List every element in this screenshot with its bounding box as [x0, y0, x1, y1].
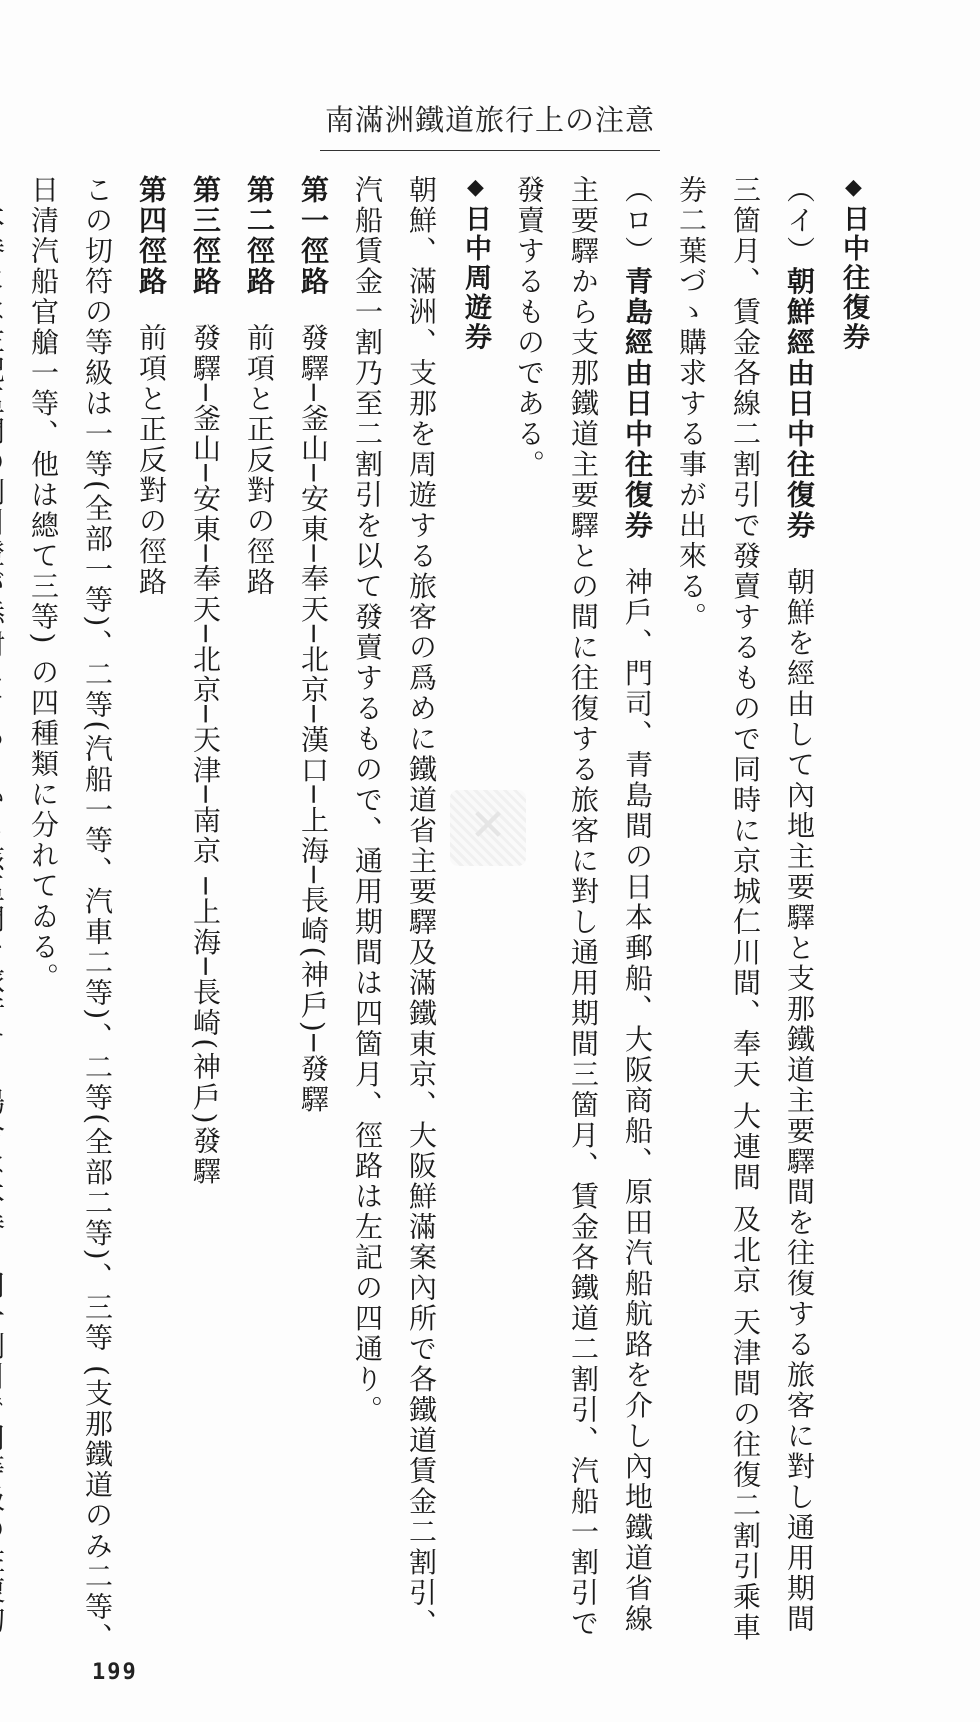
- route-path: 發驛─釜山─安東─奉天─北京─天津─南京 ─上海─長崎(神戶)發驛: [189, 323, 222, 1187]
- header-rule: [320, 150, 660, 151]
- route-label: 第一徑路: [297, 175, 330, 297]
- item-ro-label: （ロ）: [621, 175, 654, 267]
- route-label: 第四徑路: [135, 175, 168, 297]
- item-ro-title: 青島經由日中往復券: [621, 267, 654, 542]
- discount-note-text: 本券には左記區間の割引證が添附してあるから該區間を旅行する場合は本券と同一割引で…: [0, 203, 6, 1637]
- section-heading-text: 日中周遊券: [460, 205, 491, 353]
- diamond-bullet-icon: ◆: [448, 175, 502, 203]
- diamond-bullet-icon: ◆: [826, 175, 880, 203]
- vertical-body-text: ◆日中往復券 （イ）朝鮮經由日中往復券朝鮮を經由して內地主要驛と支那鐵道主要驛間…: [60, 175, 880, 1655]
- section-heading-nitchu-oufuku: ◆日中往復券: [826, 175, 880, 1655]
- ticket-classes-text: この切符の等級は一等(全部一等)、二等(汽船一等、汽車二等)、二等(全部二等)、…: [27, 175, 114, 1653]
- route-label: 第三徑路: [189, 175, 222, 297]
- page-number: 199: [92, 1660, 138, 1685]
- route-path: 發驛─釜山─安東─奉天─北京─漢口─上海─長崎(神戶)─發驛: [297, 323, 330, 1115]
- route-1: 第一徑路發驛─釜山─安東─奉天─北京─漢口─上海─長崎(神戶)─發驛: [286, 175, 340, 1655]
- route-2: 第二徑路前項と正反對の徑路: [232, 175, 286, 1655]
- shuyu-intro-paragraph: 朝鮮、滿洲、支那を周遊する旅客の爲めに鐵道省主要驛及滿鐵東京、大阪鮮滿案內所で各…: [340, 175, 448, 1655]
- document-page: 南滿洲鐵道旅行上の注意 ✕ ◆日中往復券 （イ）朝鮮經由日中往復券朝鮮を經由して…: [0, 0, 980, 1722]
- section-heading-nitchu-shuyu: ◆日中周遊券: [448, 175, 502, 1655]
- route-path: 前項と正反對の徑路: [243, 323, 276, 598]
- item-i-label: （イ）: [783, 175, 816, 267]
- section-heading-text: 日中往復券: [838, 205, 869, 353]
- item-i-title: 朝鮮經由日中往復券: [783, 267, 816, 542]
- route-3: 第三徑路發驛─釜山─安東─奉天─北京─天津─南京 ─上海─長崎(神戶)發驛: [178, 175, 232, 1655]
- route-path: 前項と正反對の徑路: [135, 323, 168, 598]
- route-4: 第四徑路前項と正反對の徑路: [124, 175, 178, 1655]
- route-label: 第二徑路: [243, 175, 276, 297]
- ticket-classes-paragraph: この切符の等級は一等(全部一等)、二等(汽船一等、汽車二等)、二等(全部二等)、…: [16, 175, 124, 1655]
- shuyu-intro-text: 朝鮮、滿洲、支那を周遊する旅客の爲めに鐵道省主要驛及滿鐵東京、大阪鮮滿案內所で各…: [351, 175, 438, 1639]
- item-i-paragraph: （イ）朝鮮經由日中往復券朝鮮を經由して內地主要驛と支那鐵道主要驛間を往復する旅客…: [664, 175, 826, 1655]
- running-head: 南滿洲鐵道旅行上の注意: [320, 98, 660, 139]
- item-ro-paragraph: （ロ）青島經由日中往復券神戶、門司、青島間の日本郵船、大阪商船、原田汽船航路を介…: [502, 175, 664, 1655]
- discount-note-paragraph: 本券には左記區間の割引證が添附してあるから該區間を旅行する場合は本券と同一割引で…: [0, 175, 16, 1655]
